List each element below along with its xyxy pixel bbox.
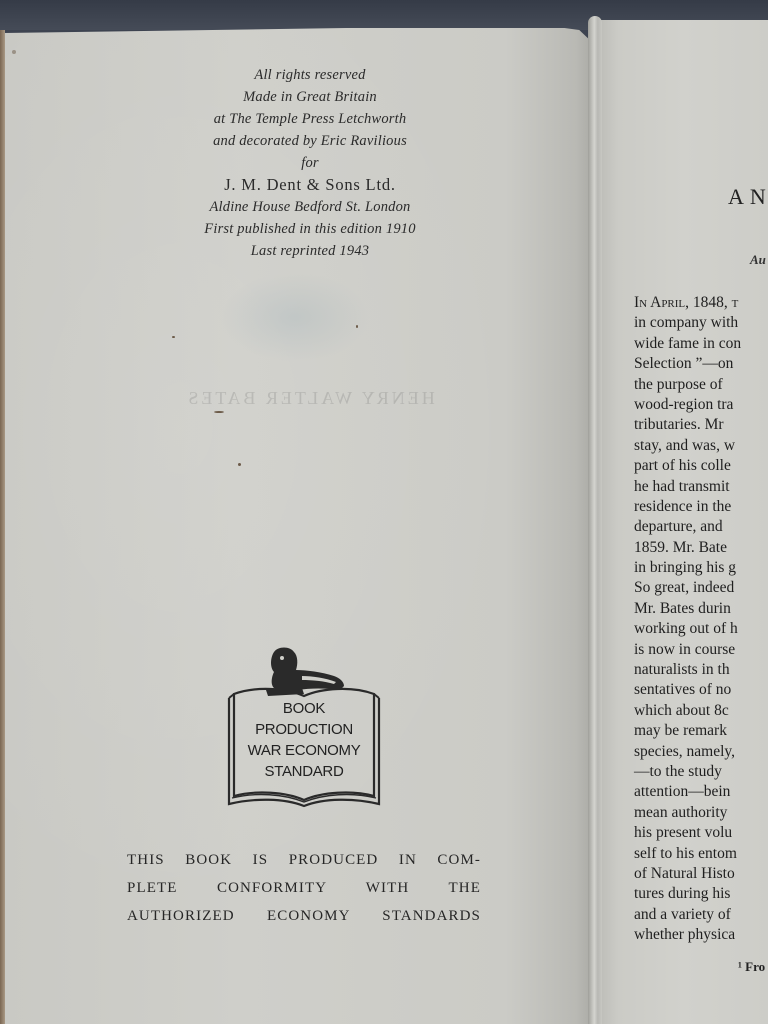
body-line: Mr. Bates durin bbox=[634, 599, 768, 619]
body-line: in bringing his g bbox=[634, 558, 768, 578]
last-reprinted-line: Last reprinted 1943 bbox=[150, 240, 470, 262]
body-line: —to the study bbox=[634, 762, 768, 782]
imprint-line: for bbox=[150, 152, 470, 174]
notice-line: AUTHORIZED ECONOMY STANDARDS bbox=[127, 902, 481, 930]
body-line: In April, 1848, t bbox=[634, 293, 768, 313]
body-line: of Natural Histo bbox=[634, 864, 768, 884]
emblem-line: PRODUCTION bbox=[238, 719, 370, 740]
paper-speck bbox=[356, 325, 358, 328]
paper-speck bbox=[172, 336, 175, 338]
publisher-name: J. M. Dent & Sons Ltd. bbox=[150, 174, 470, 196]
notice-line: THIS BOOK IS PRODUCED IN COM- bbox=[127, 846, 481, 874]
body-line: tures during his bbox=[634, 884, 768, 904]
body-line: departure, and bbox=[634, 517, 768, 537]
paper-speck bbox=[214, 411, 224, 413]
body-text: In April, 1848, t in company with wide f… bbox=[634, 293, 768, 946]
body-line: sentatives of no bbox=[634, 680, 768, 700]
notice-line: PLETE CONFORMITY WITH THE bbox=[127, 874, 481, 902]
body-line: wide fame in con bbox=[634, 334, 768, 354]
chapter-subtitle-fragment: Au bbox=[750, 252, 766, 268]
body-line: naturalists in th bbox=[634, 660, 768, 680]
imprint-line: All rights reserved bbox=[150, 64, 470, 86]
book-gutter bbox=[588, 16, 602, 1024]
body-line: is now in course bbox=[634, 640, 768, 660]
body-line: he had transmit bbox=[634, 477, 768, 497]
body-line: residence in the bbox=[634, 497, 768, 517]
body-line: Selection ”—on bbox=[634, 354, 768, 374]
first-published-line: First published in this edition 1910 bbox=[150, 218, 470, 240]
body-line: and a variety of bbox=[634, 905, 768, 925]
emblem-line: BOOK bbox=[238, 698, 370, 719]
body-line: wood-region tra bbox=[634, 395, 768, 415]
body-line: mean authority bbox=[634, 803, 768, 823]
war-economy-emblem: BOOK PRODUCTION WAR ECONOMY STANDARD bbox=[226, 646, 382, 812]
conformity-notice: THIS BOOK IS PRODUCED IN COM- PLETE CONF… bbox=[127, 846, 481, 930]
body-line: which about 8c bbox=[634, 701, 768, 721]
body-line: the purpose of bbox=[634, 375, 768, 395]
body-line: species, namely, bbox=[634, 742, 768, 762]
show-through-stain bbox=[220, 272, 370, 362]
body-line: his present volu bbox=[634, 823, 768, 843]
publisher-address: Aldine House Bedford St. London bbox=[150, 196, 470, 218]
body-line: working out of h bbox=[634, 619, 768, 639]
paper-speck bbox=[238, 463, 241, 466]
imprint-block: All rights reserved Made in Great Britai… bbox=[150, 64, 470, 262]
emblem-line: WAR ECONOMY bbox=[238, 740, 370, 761]
emblem-text: BOOK PRODUCTION WAR ECONOMY STANDARD bbox=[238, 698, 370, 782]
chapter-title-fragment: AN bbox=[728, 184, 768, 210]
body-line: in company with bbox=[634, 313, 768, 333]
body-line: stay, and was, w bbox=[634, 436, 768, 456]
paper-speck bbox=[12, 50, 16, 54]
body-line: So great, indeed bbox=[634, 578, 768, 598]
body-line: attention—bein bbox=[634, 782, 768, 802]
imprint-line: Made in Great Britain bbox=[150, 86, 470, 108]
body-line: 1859. Mr. Bate bbox=[634, 538, 768, 558]
body-line: self to his entom bbox=[634, 844, 768, 864]
body-line: part of his colle bbox=[634, 456, 768, 476]
footnote-fragment: ¹ Fro bbox=[738, 959, 765, 975]
book-cover-edge bbox=[0, 30, 5, 1024]
body-line: whether physica bbox=[634, 925, 768, 945]
show-through-text: HENRY WALTER BATES bbox=[160, 388, 460, 409]
imprint-line: and decorated by Eric Ravilious bbox=[150, 130, 470, 152]
imprint-line: at The Temple Press Letchworth bbox=[150, 108, 470, 130]
emblem-line: STANDARD bbox=[238, 761, 370, 782]
body-line: tributaries. Mr bbox=[634, 415, 768, 435]
body-line: may be remark bbox=[634, 721, 768, 741]
